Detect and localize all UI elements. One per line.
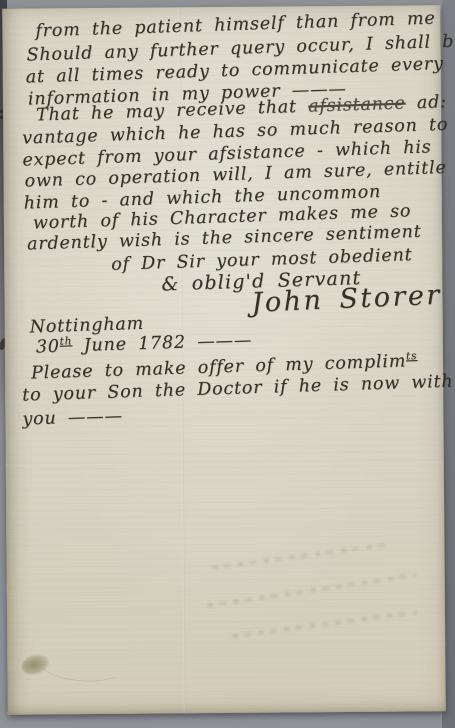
horizontal-fold-crease xyxy=(6,526,444,531)
letter-text: ad: xyxy=(405,92,447,113)
postscript-line: you ——— xyxy=(22,406,123,429)
photograph-of-letter: { "colors": { "background": "#8d8f96", "… xyxy=(0,0,455,728)
postscript-superscript: ts xyxy=(406,350,418,362)
horizontal-fold-crease xyxy=(6,460,444,465)
date-day: 30 xyxy=(36,337,61,358)
ink-stain-tail xyxy=(40,650,120,684)
bleedthrough-smudge xyxy=(212,543,386,570)
date-ordinal: th xyxy=(59,335,72,347)
bleedthrough-smudge xyxy=(233,610,417,638)
date-rest: June 1782 ——— xyxy=(72,330,252,356)
horizontal-fold-crease xyxy=(7,589,445,594)
letter-page: from the patient himself than from me Sh… xyxy=(2,5,446,714)
struck-out-word: afsistance xyxy=(308,94,406,117)
